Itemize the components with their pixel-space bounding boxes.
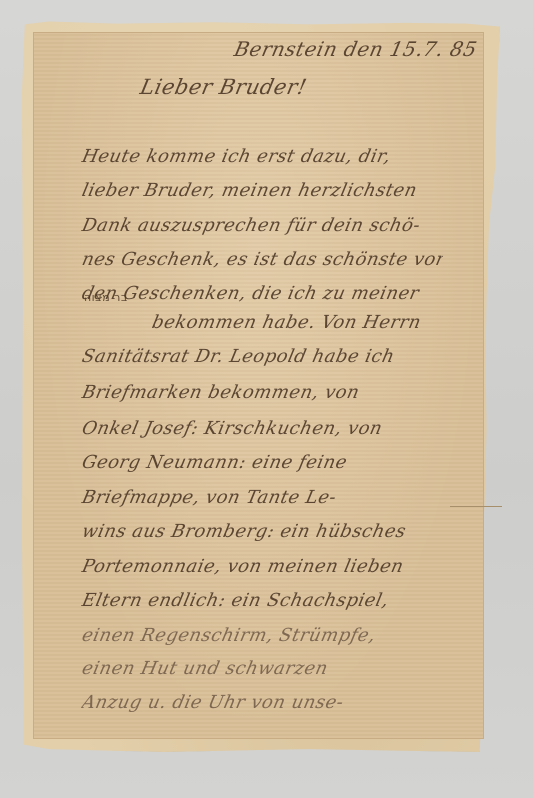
paper-fold-crease <box>450 506 502 507</box>
letter-line: Anzug u. die Uhr von unse- <box>80 692 444 713</box>
letter-line: Eltern endlich: ein Schachspiel, <box>80 590 444 611</box>
letter-line: Georg Neumann: eine feine <box>80 452 444 473</box>
letter-line: lieber Bruder, meinen herzlichsten <box>80 180 444 201</box>
letter-line: Dank auszusprechen für dein schö- <box>80 215 444 236</box>
letter-line: Onkel Josef: Kirschkuchen, von <box>80 418 444 439</box>
letter-line: einen Regenschirm, Strümpfe, <box>80 625 444 646</box>
letter-place-date: Bernstein den 15.7. 85 <box>232 37 479 61</box>
letter-line: den Geschenken, die ich zu meiner <box>80 283 444 304</box>
letter-salutation: Lieber Bruder! <box>138 75 309 99</box>
letter-line: einen Hut und schwarzen <box>80 658 444 679</box>
letter-line: nes Geschenk, es ist das schönste von <box>80 249 444 270</box>
letter-line: Briefmappe, von Tante Le- <box>80 487 444 508</box>
margin-note-hebrew: בר מצוה <box>84 291 128 304</box>
letter-line: Heute komme ich erst dazu, dir, <box>80 146 444 167</box>
letter-line: Portemonnaie, von meinen lieben <box>80 556 444 577</box>
letter-line: Briefmarken bekommen, von <box>80 382 444 403</box>
letter-line: bekommen habe. Von Herrn <box>150 312 444 333</box>
letter-line: Sanitätsrat Dr. Leopold habe ich <box>80 346 444 367</box>
letter-line: wins aus Bromberg: ein hübsches <box>80 521 444 542</box>
